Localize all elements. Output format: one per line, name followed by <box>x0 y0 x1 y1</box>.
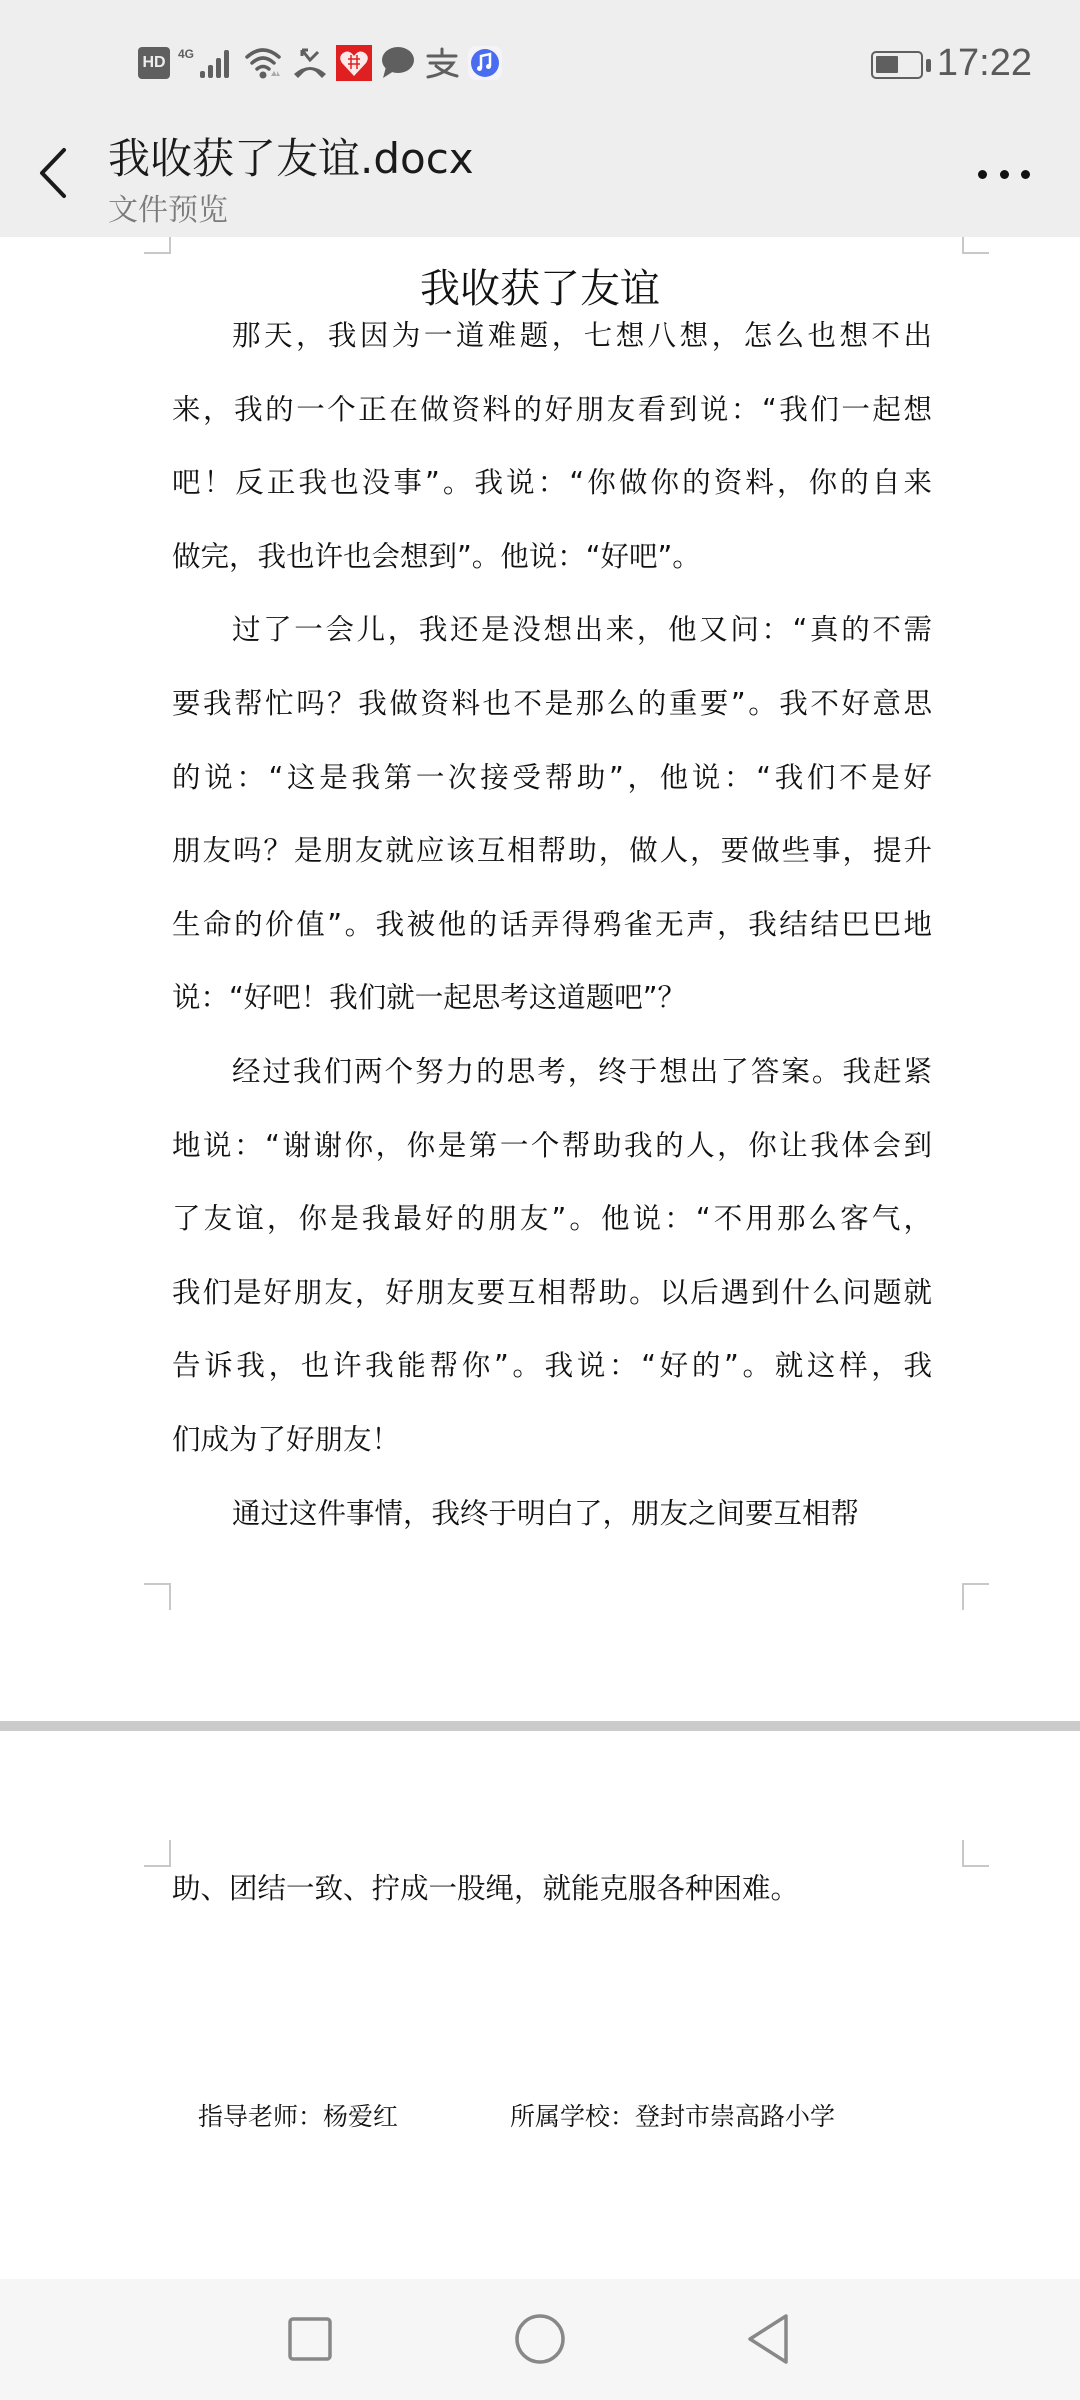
paragraph-line: 吧！反正我也没事”。我说：“你做你的资料，你的自来 <box>172 463 932 503</box>
home-button[interactable] <box>500 2299 580 2379</box>
music-app-icon <box>468 46 502 80</box>
document-title: 我收获了友谊 <box>0 257 1080 314</box>
document-preview[interactable]: 我收获了友谊 那天，我因为一道难题，七想八想，怎么也想不出来，我的一个正在做资料… <box>0 237 1080 2279</box>
back-button[interactable] <box>34 146 74 200</box>
teacher-credit: 指导老师：杨爱红 <box>198 2097 398 2133</box>
page-margin-corner <box>144 237 171 254</box>
paragraph-line: 了友谊，你是我最好的朋友”。他说：“不用那么客气， <box>172 1199 932 1239</box>
paragraph-line: 那天，我因为一道难题，七想八想，怎么也想不出 <box>232 316 932 356</box>
4g-signal-icon: 4G <box>178 46 236 80</box>
paragraph-line: 地说：“谢谢你，你是第一个帮助我的人，你让我体会到 <box>172 1126 932 1166</box>
clock: 17:22 <box>937 42 1032 85</box>
page-separator <box>0 1721 1080 1731</box>
paragraph-line: 说：“好吧！我们就一起思考这道题吧”？ <box>172 978 932 1018</box>
more-dot-icon <box>978 170 987 179</box>
page-margin-corner <box>962 1583 989 1610</box>
more-dot-icon <box>1000 170 1009 179</box>
more-options-button[interactable] <box>972 160 1036 188</box>
paragraph-line: 的说：“这是我第一次接受帮助”，他说：“我们不是好 <box>172 758 932 798</box>
paragraph-line: 朋友吗？是朋友就应该互相帮助，做人，要做些事，提升 <box>172 831 932 871</box>
system-nav-bar <box>0 2279 1080 2400</box>
square-icon <box>287 2316 333 2362</box>
paragraph-line: 过了一会儿，我还是没想出来，他又问：“真的不需 <box>232 610 932 650</box>
paragraph-line: 要我帮忙吗？我做资料也不是那么的重要”。我不好意思 <box>172 684 932 724</box>
message-bubble-icon <box>380 45 416 81</box>
nav-back-button[interactable] <box>728 2299 808 2379</box>
paragraph-line: 来，我的一个正在做资料的好朋友看到说：“我们一起想 <box>172 390 932 430</box>
paragraph-line: 做完，我也许也会想到”。他说：“好吧”。 <box>172 537 932 577</box>
paragraph-line: 我们是好朋友，好朋友要互相帮助。以后遇到什么问题就 <box>172 1273 932 1313</box>
pinduoduo-app-icon <box>336 45 372 81</box>
top-bar: HD 4G <box>0 0 1080 237</box>
missed-call-icon <box>292 46 328 80</box>
paragraph-line: 们成为了好朋友！ <box>172 1420 932 1460</box>
file-title: 我收获了友谊.docx <box>108 126 474 186</box>
alipay-icon <box>424 46 460 80</box>
paragraph-line: 生命的价值”。我被他的话弄得鸦雀无声，我结结巴巴地 <box>172 905 932 945</box>
battery-icon <box>871 51 923 79</box>
paragraph-line: 告诉我，也许我能帮你”。我说：“好的”。就这样，我 <box>172 1346 932 1386</box>
circle-icon <box>513 2312 567 2366</box>
more-dot-icon <box>1021 170 1030 179</box>
file-subtitle: 文件预览 <box>108 185 228 229</box>
page-margin-corner <box>144 1840 171 1867</box>
hd-voice-icon: HD <box>138 47 170 79</box>
chevron-left-icon <box>34 146 74 200</box>
paragraph-line: 经过我们两个努力的思考，终于想出了答案。我赶紧 <box>232 1052 932 1092</box>
svg-text:4G: 4G <box>178 47 194 61</box>
status-notification-icons: HD 4G <box>138 46 502 80</box>
page-margin-corner <box>962 237 989 254</box>
triangle-back-icon <box>743 2312 793 2366</box>
paragraph-line: 助、团结一致、拧成一股绳，就能克服各种困难。 <box>172 1869 932 1909</box>
wifi-icon <box>244 46 284 80</box>
status-bar: HD 4G <box>0 0 1080 120</box>
page-margin-corner <box>144 1583 171 1610</box>
recent-apps-button[interactable] <box>270 2299 350 2379</box>
paragraph-line: 通过这件事情，我终于明白了，朋友之间要互相帮 <box>232 1494 932 1534</box>
school-credit: 所属学校：登封市崇高路小学 <box>510 2097 835 2133</box>
page-margin-corner <box>962 1840 989 1867</box>
